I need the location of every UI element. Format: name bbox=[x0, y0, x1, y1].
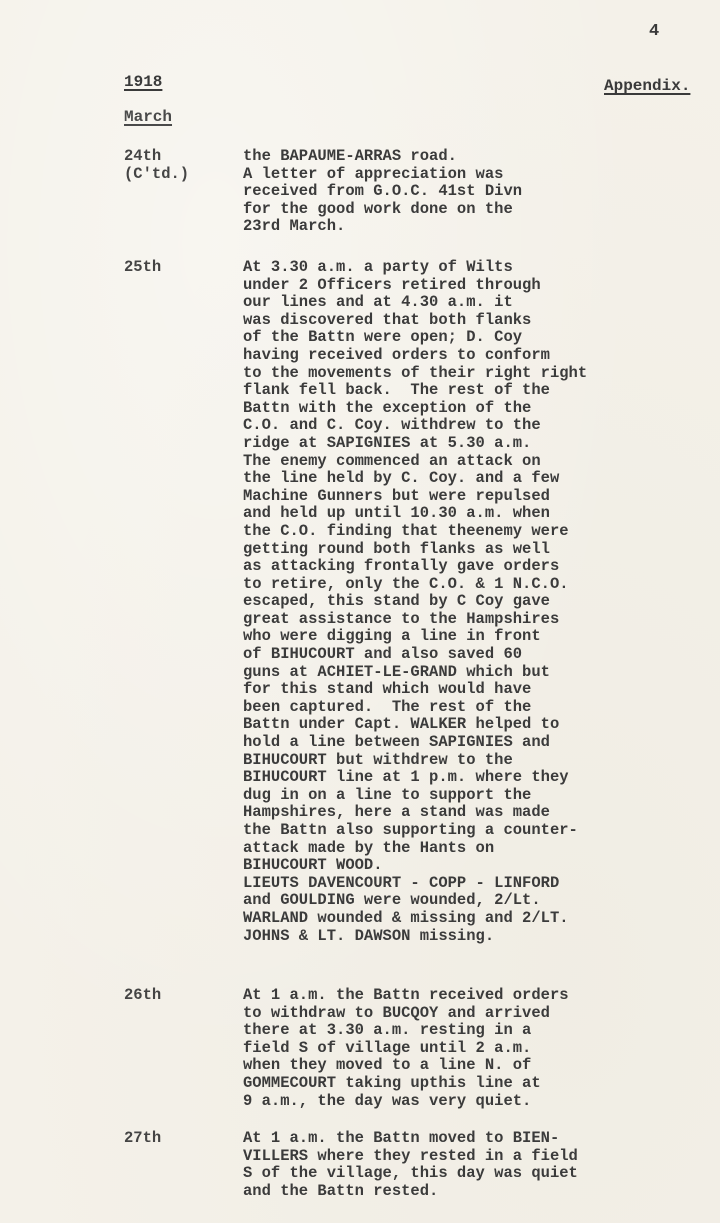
entry-line: was discovered that both flanks bbox=[243, 312, 587, 330]
entry-line: and held up until 10.30 a.m. when bbox=[243, 505, 587, 523]
entry-line: The enemy commenced an attack on bbox=[243, 453, 587, 471]
entry-line: the BAPAUME-ARRAS road. bbox=[243, 148, 522, 166]
entry-line: hold a line between SAPIGNIES and bbox=[243, 734, 587, 752]
entry-line: guns at ACHIET-LE-GRAND which but bbox=[243, 664, 587, 682]
entry-line: At 3.30 a.m. a party of Wilts bbox=[243, 259, 587, 277]
entry-line: as attacking frontally gave orders bbox=[243, 558, 587, 576]
entry-date: 25th bbox=[124, 259, 161, 277]
entry-line: WARLAND wounded & missing and 2/LT. bbox=[243, 910, 587, 928]
entry-line: for the good work done on the bbox=[243, 201, 522, 219]
entry-date-day: 24th bbox=[124, 147, 161, 165]
entry-line: the C.O. finding that theenemy were bbox=[243, 523, 587, 541]
entry-line: to retire, only the C.O. & 1 N.C.O. bbox=[243, 576, 587, 594]
entry-line: received from G.O.C. 41st Divn bbox=[243, 183, 522, 201]
entry-line: the line held by C. Coy. and a few bbox=[243, 470, 587, 488]
appendix-label: Appendix. bbox=[604, 77, 690, 95]
entry-line: of BIHUCOURT and also saved 60 bbox=[243, 646, 587, 664]
entry-line: 23rd March. bbox=[243, 218, 522, 236]
entry-line: to the movements of their right right bbox=[243, 365, 587, 383]
entry-line: 9 a.m., the day was very quiet. bbox=[243, 1093, 569, 1111]
year-heading: 1918 bbox=[124, 73, 162, 91]
entry-line: Battn under Capt. WALKER helped to bbox=[243, 716, 587, 734]
entry-line: for this stand which would have bbox=[243, 681, 587, 699]
entry-line: JOHNS & LT. DAWSON missing. bbox=[243, 928, 587, 946]
entry-line: there at 3.30 a.m. resting in a bbox=[243, 1022, 569, 1040]
entry-date: 27th bbox=[124, 1130, 161, 1148]
entry-line: great assistance to the Hampshires bbox=[243, 611, 587, 629]
entry-line: BIHUCOURT but withdrew to the bbox=[243, 752, 587, 770]
entry-line: ridge at SAPIGNIES at 5.30 a.m. bbox=[243, 435, 587, 453]
entry-line: A letter of appreciation was bbox=[243, 166, 522, 184]
entry-line: At 1 a.m. the Battn moved to BIEN- bbox=[243, 1130, 578, 1148]
entry-line: who were digging a line in front bbox=[243, 628, 587, 646]
entry-line: field S of village until 2 a.m. bbox=[243, 1040, 569, 1058]
entry-line: C.O. and C. Coy. withdrew to the bbox=[243, 417, 587, 435]
entry-line: and the Battn rested. bbox=[243, 1183, 578, 1201]
entry-line: LIEUTS DAVENCOURT - COPP - LINFORD bbox=[243, 875, 587, 893]
month-heading: March bbox=[124, 108, 172, 126]
entry-line: dug in on a line to support the bbox=[243, 787, 587, 805]
entry-line: BIHUCOURT line at 1 p.m. where they bbox=[243, 769, 587, 787]
entry-line: GOMMECOURT taking upthis line at bbox=[243, 1075, 569, 1093]
entry-line: to withdraw to BUCQOY and arrived bbox=[243, 1005, 569, 1023]
entry-line: of the Battn were open; D. Coy bbox=[243, 329, 587, 347]
entry-line: our lines and at 4.30 a.m. it bbox=[243, 294, 587, 312]
entry-line: flank fell back. The rest of the bbox=[243, 382, 587, 400]
entry-body: At 3.30 a.m. a party of Wilts under 2 Of… bbox=[243, 259, 587, 945]
entry-line: Battn with the exception of the bbox=[243, 400, 587, 418]
entry-body: the BAPAUME-ARRAS road. A letter of appr… bbox=[243, 148, 522, 236]
entry-line: attack made by the Hants on bbox=[243, 840, 587, 858]
entry-line: getting round both flanks as well bbox=[243, 541, 587, 559]
entry-line: BIHUCOURT WOOD. bbox=[243, 857, 587, 875]
entry-line: been captured. The rest of the bbox=[243, 699, 587, 717]
entry-line: Hampshires, here a stand was made bbox=[243, 804, 587, 822]
document-page: 4 1918 Appendix. March 24th (C'td.) the … bbox=[0, 0, 720, 1223]
entry-date: 26th bbox=[124, 987, 161, 1005]
entry-date: 24th (C'td.) bbox=[124, 148, 189, 183]
entry-line: VILLERS where they rested in a field bbox=[243, 1148, 578, 1166]
entry-body: At 1 a.m. the Battn moved to BIEN- VILLE… bbox=[243, 1130, 578, 1200]
entry-line: when they moved to a line N. of bbox=[243, 1057, 569, 1075]
entry-line: Machine Gunners but were repulsed bbox=[243, 488, 587, 506]
entry-date-note: (C'td.) bbox=[124, 165, 189, 183]
entry-line: escaped, this stand by C Coy gave bbox=[243, 593, 587, 611]
entry-line: and GOULDING were wounded, 2/Lt. bbox=[243, 892, 587, 910]
entry-line: S of the village, this day was quiet bbox=[243, 1165, 578, 1183]
entry-line: having received orders to conform bbox=[243, 347, 587, 365]
entry-line: the Battn also supporting a counter- bbox=[243, 822, 587, 840]
entry-line: At 1 a.m. the Battn received orders bbox=[243, 987, 569, 1005]
entry-body: At 1 a.m. the Battn received orders to w… bbox=[243, 987, 569, 1110]
page-number: 4 bbox=[649, 22, 659, 41]
entry-line: under 2 Officers retired through bbox=[243, 277, 587, 295]
